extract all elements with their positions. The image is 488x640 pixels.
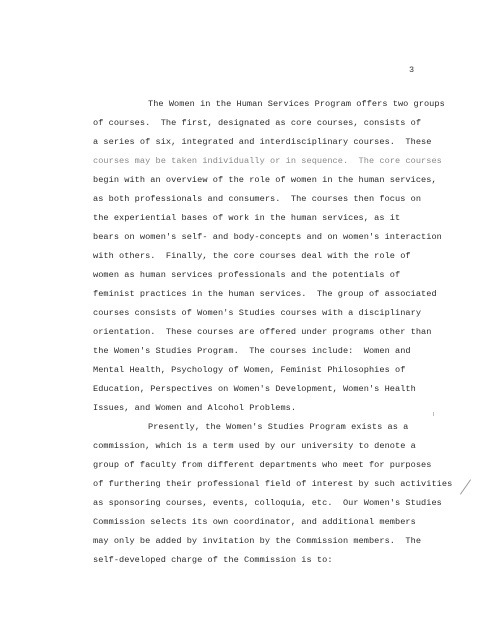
text-line: feminist practices in the human services… — [93, 289, 437, 299]
text-line: women as human services professionals an… — [93, 270, 400, 280]
text-line: begin with an overview of the role of wo… — [93, 175, 437, 185]
pen-mark — [460, 479, 471, 494]
text-line: bears on women's self- and body-concepts… — [93, 232, 442, 242]
text-line: the experiential bases of work in the hu… — [93, 213, 400, 223]
text-line: may only be added by invitation by the C… — [93, 536, 421, 546]
text-line: with others. Finally, the core courses d… — [93, 251, 411, 261]
text-line: courses consists of Women's Studies cour… — [93, 308, 421, 318]
text-line: Commission selects its own coordinator, … — [93, 517, 416, 527]
text-line: self-developed charge of the Commission … — [93, 555, 333, 565]
text-line: group of faculty from different departme… — [93, 460, 431, 470]
text-line: The Women in the Human Services Program … — [148, 99, 445, 109]
text-line: the Women's Studies Program. The courses… — [93, 346, 411, 356]
text-line: Issues, and Women and Alcohol Problems. — [93, 403, 296, 413]
scan-speck — [433, 412, 434, 416]
text-line: of furthering their professional field o… — [93, 479, 452, 489]
text-line: commission, which is a term used by our … — [93, 441, 416, 451]
text-line: orientation. These courses are offered u… — [93, 327, 431, 337]
text-line: Education, Perspectives on Women's Devel… — [93, 384, 416, 394]
text-line: Presently, the Women's Studies Program e… — [148, 422, 408, 432]
text-line: a series of six, integrated and interdis… — [93, 137, 431, 147]
text-line: as both professionals and consumers. The… — [93, 194, 421, 204]
page-number: 3 — [409, 65, 414, 75]
text-line: as sponsoring courses, events, colloquia… — [93, 498, 442, 508]
text-line: of courses. The first, designated as cor… — [93, 118, 421, 128]
text-line: courses may be taken individually or in … — [93, 156, 442, 166]
text-line: Mental Health, Psychology of Women, Femi… — [93, 365, 405, 375]
